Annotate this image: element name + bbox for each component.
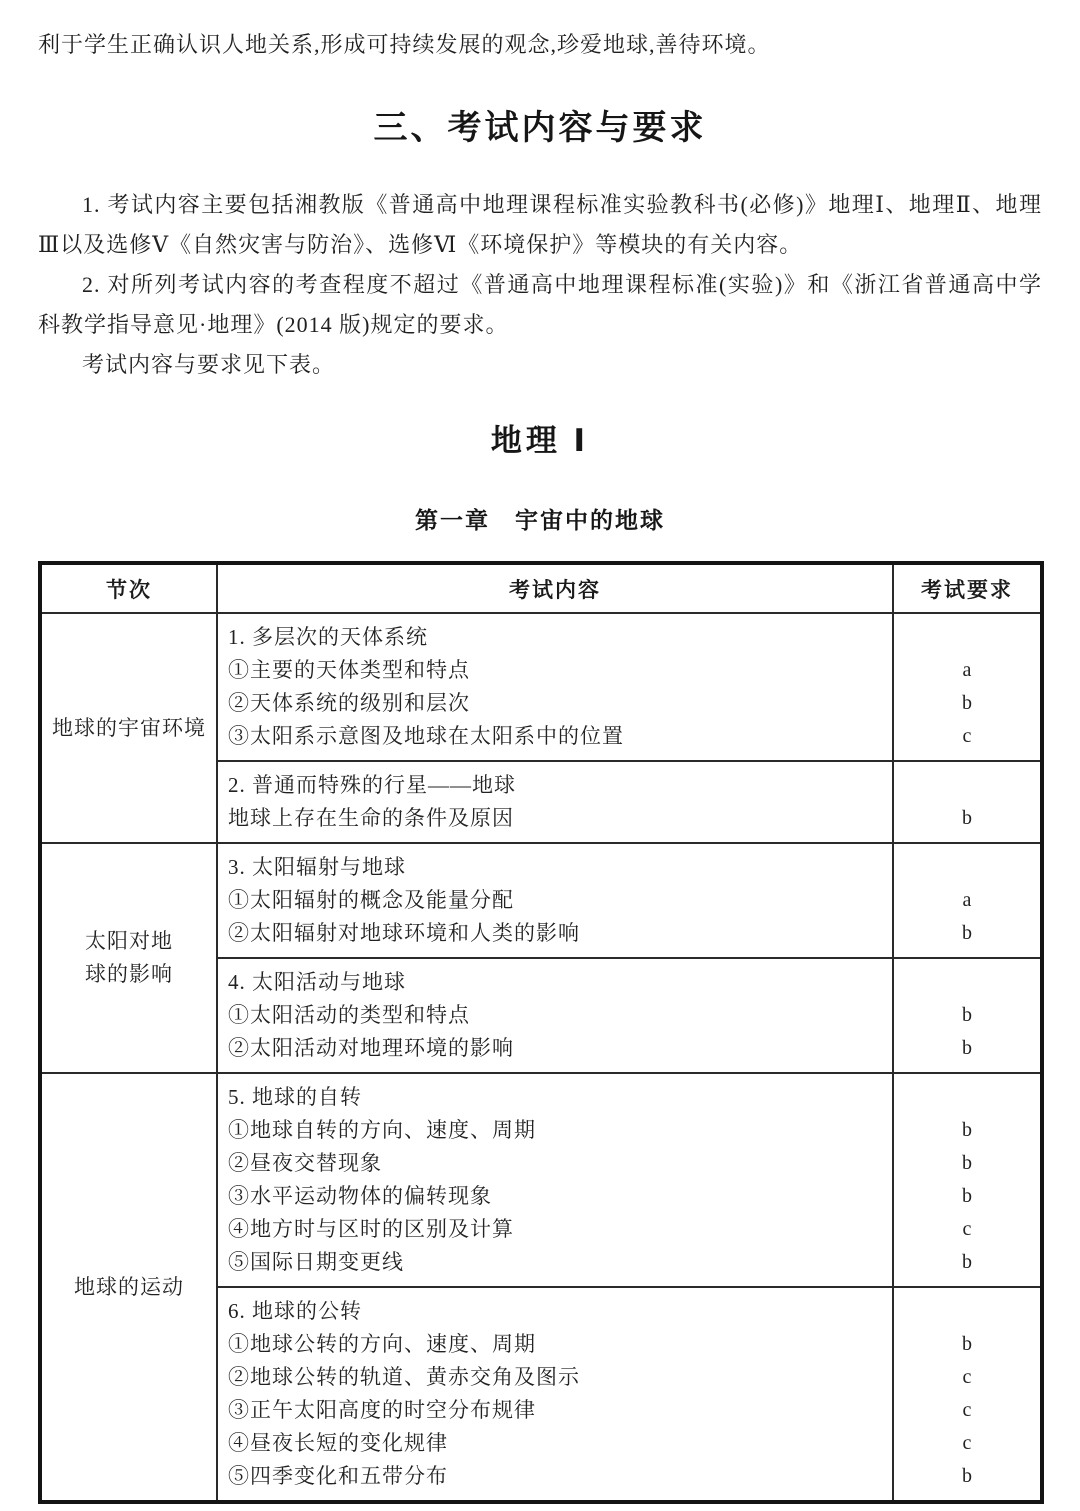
requirement-cell: b: [893, 1328, 1042, 1361]
table-row: 地球的运动5. 地球的自转: [40, 1073, 1042, 1114]
requirement-cell: a: [893, 654, 1042, 687]
requirement-cell: b: [893, 917, 1042, 958]
content-cell: ⑤国际日期变更线: [217, 1246, 893, 1287]
requirement-cell: b: [893, 1032, 1042, 1073]
column-header-content: 考试内容: [217, 563, 893, 613]
content-cell: 5. 地球的自转: [217, 1073, 893, 1114]
requirement-cell: [893, 761, 1042, 802]
content-cell: ①地球公转的方向、速度、周期: [217, 1328, 893, 1361]
requirement-cell: [893, 1073, 1042, 1114]
document-page: { "document": { "intro_line": "利于学生正确认识人…: [0, 0, 1080, 1511]
content-cell: ④地方时与区时的区别及计算: [217, 1213, 893, 1246]
requirement-cell: [893, 843, 1042, 884]
section-cell: 地球的宇宙环境: [40, 613, 217, 843]
content-cell: ④昼夜长短的变化规律: [217, 1427, 893, 1460]
content-cell: ③水平运动物体的偏转现象: [217, 1180, 893, 1213]
section-heading: 三、考试内容与要求: [38, 100, 1042, 149]
requirement-cell: a: [893, 884, 1042, 917]
table-row: 地球的宇宙环境1. 多层次的天体系统: [40, 613, 1042, 654]
requirement-cell: b: [893, 1246, 1042, 1287]
paragraph-2: 2. 对所列考试内容的考查程度不超过《普通高中地理课程标准(实验)》和《浙江省普…: [38, 265, 1042, 345]
requirement-cell: c: [893, 1213, 1042, 1246]
content-cell: 3. 太阳辐射与地球: [217, 843, 893, 884]
exam-requirements-table: 节次 考试内容 考试要求 地球的宇宙环境1. 多层次的天体系统①主要的天体类型和…: [38, 561, 1044, 1504]
requirement-cell: b: [893, 687, 1042, 720]
content-cell: ①地球自转的方向、速度、周期: [217, 1114, 893, 1147]
content-cell: ③正午太阳高度的时空分布规律: [217, 1394, 893, 1427]
requirement-cell: [893, 613, 1042, 654]
requirement-cell: c: [893, 1361, 1042, 1394]
content-cell: 2. 普通而特殊的行星——地球: [217, 761, 893, 802]
requirement-cell: c: [893, 1427, 1042, 1460]
requirement-cell: b: [893, 1180, 1042, 1213]
requirement-cell: b: [893, 802, 1042, 843]
requirement-cell: [893, 958, 1042, 999]
paragraph-3: 考试内容与要求见下表。: [38, 345, 1042, 385]
page-container: 利于学生正确认识人地关系,形成可持续发展的观念,珍爱地球,善待环境。 三、考试内…: [0, 30, 1080, 1504]
requirement-cell: b: [893, 999, 1042, 1032]
content-cell: ①太阳活动的类型和特点: [217, 999, 893, 1032]
column-header-requirement: 考试要求: [893, 563, 1042, 613]
content-cell: ②地球公转的轨道、黄赤交角及图示: [217, 1361, 893, 1394]
requirement-cell: b: [893, 1460, 1042, 1502]
content-cell: ②天体系统的级别和层次: [217, 687, 893, 720]
exam-table-body: 地球的宇宙环境1. 多层次的天体系统①主要的天体类型和特点a②天体系统的级别和层…: [40, 613, 1042, 1502]
content-cell: ③太阳系示意图及地球在太阳系中的位置: [217, 720, 893, 761]
content-cell: ②太阳辐射对地球环境和人类的影响: [217, 917, 893, 958]
requirement-cell: c: [893, 720, 1042, 761]
content-cell: ⑤四季变化和五带分布: [217, 1460, 893, 1502]
section-cell: 地球的运动: [40, 1073, 217, 1502]
content-cell: 4. 太阳活动与地球: [217, 958, 893, 999]
requirement-cell: b: [893, 1114, 1042, 1147]
requirement-cell: [893, 1287, 1042, 1328]
table-header-row: 节次 考试内容 考试要求: [40, 563, 1042, 613]
paragraph-block: 1. 考试内容主要包括湘教版《普通高中地理课程标准实验教科书(必修)》地理Ⅰ、地…: [38, 185, 1042, 385]
paragraph-1: 1. 考试内容主要包括湘教版《普通高中地理课程标准实验教科书(必修)》地理Ⅰ、地…: [38, 185, 1042, 265]
content-cell: 地球上存在生命的条件及原因: [217, 802, 893, 843]
section-cell: 太阳对地 球的影响: [40, 843, 217, 1073]
column-header-section: 节次: [40, 563, 217, 613]
content-cell: ②昼夜交替现象: [217, 1147, 893, 1180]
requirement-cell: b: [893, 1147, 1042, 1180]
table-row: 太阳对地 球的影响3. 太阳辐射与地球: [40, 843, 1042, 884]
content-cell: 1. 多层次的天体系统: [217, 613, 893, 654]
content-cell: ①太阳辐射的概念及能量分配: [217, 884, 893, 917]
content-cell: 6. 地球的公转: [217, 1287, 893, 1328]
subject-heading: 地理 Ⅰ: [38, 415, 1042, 460]
content-cell: ②太阳活动对地理环境的影响: [217, 1032, 893, 1073]
intro-text: 利于学生正确认识人地关系,形成可持续发展的观念,珍爱地球,善待环境。: [38, 30, 1042, 60]
content-cell: ①主要的天体类型和特点: [217, 654, 893, 687]
requirement-cell: c: [893, 1394, 1042, 1427]
chapter-heading: 第一章 宇宙中的地球: [38, 502, 1042, 535]
